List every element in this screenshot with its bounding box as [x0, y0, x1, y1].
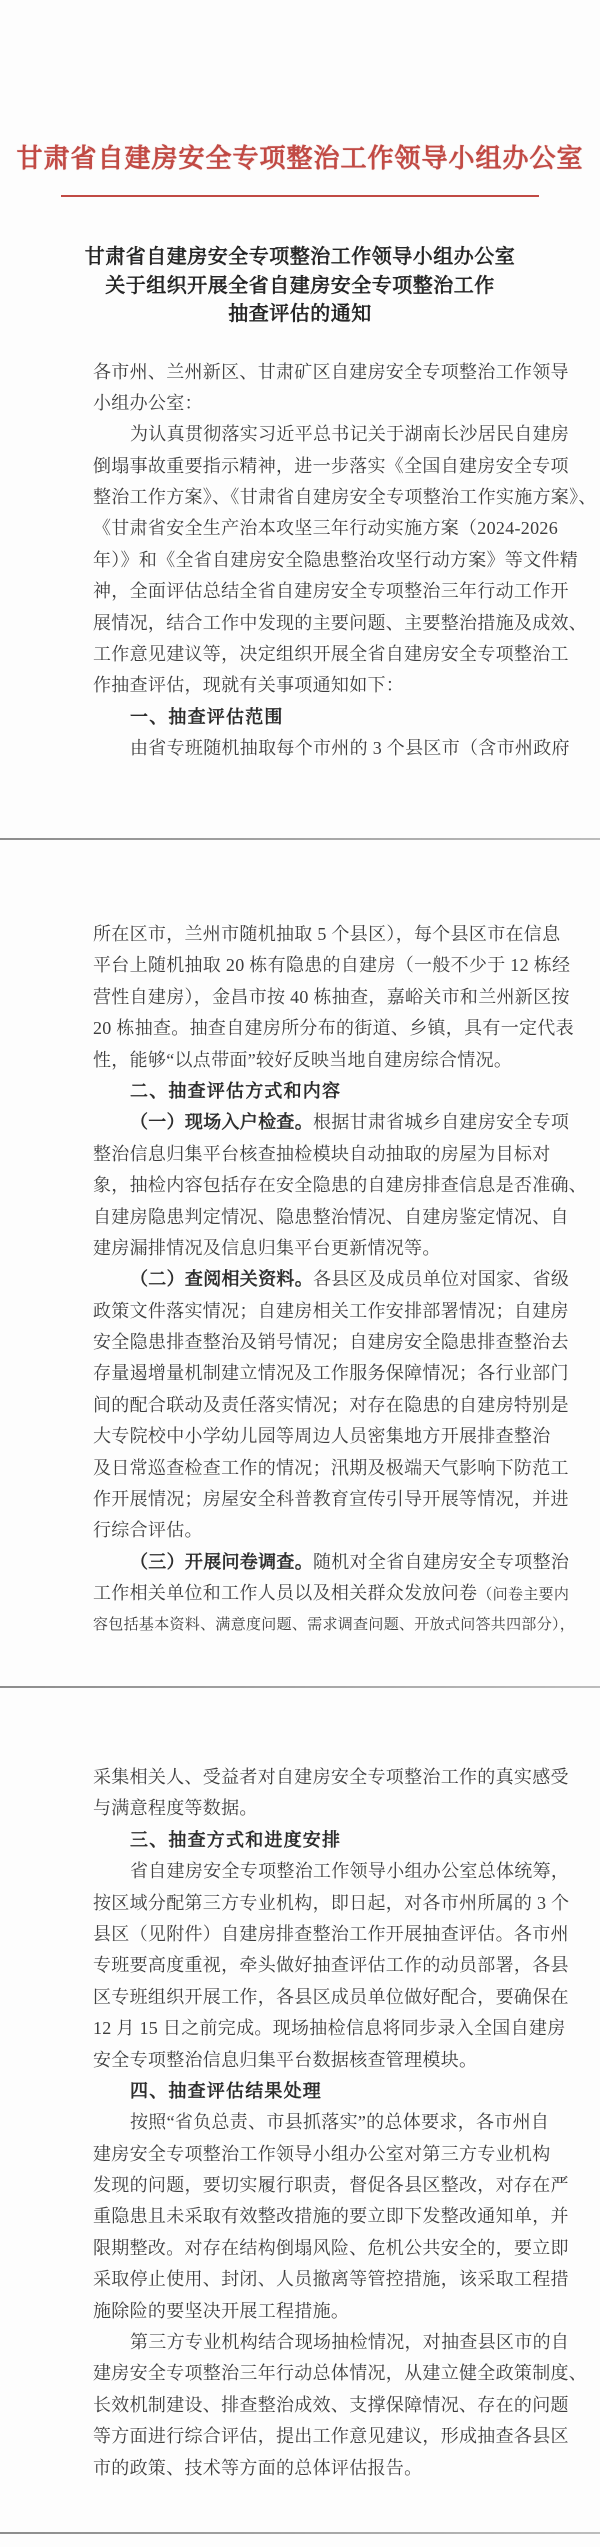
line-text: 12 月 15 日之前完成。现场抽检信息将同步录入全国自建房: [93, 2018, 566, 2038]
text-line: 由省专班随机抽取每个市州的 3 个县区市（含市州政府: [93, 733, 554, 764]
text-line: 性，能够“以点带面”较好反映当地自建房综合情况。: [93, 1045, 554, 1076]
page-3: 采集相关人、受益者对自建房安全专项整治工作的真实感受与满意程度等数据。三、抽查方…: [0, 1688, 600, 2532]
letterhead-title: 甘肃省自建房安全专项整治工作领导小组办公室: [0, 0, 600, 174]
scanned-document: 甘肃省自建房安全专项整治工作领导小组办公室 甘肃省自建房安全专项整治工作领导小组…: [0, 0, 600, 2547]
line-text: 小组办公室：: [93, 393, 203, 413]
section-heading: 一、抽查评估范围: [93, 702, 554, 733]
text-line: 政策文件落实情况；自建房相关工作安排部署情况；自建房: [93, 1296, 554, 1327]
section-heading: 三、抽查方式和进度安排: [93, 1825, 554, 1856]
text-line: 存量遏增量机制建立情况及工作服务保障情况；各行业部门: [93, 1358, 554, 1389]
text-line: 平台上随机抽取 20 栋有隐患的自建房（一般不少于 12 栋经: [93, 950, 554, 981]
line-text: 平台上随机抽取 20 栋有隐患的自建房（一般不少于 12 栋经: [93, 955, 570, 975]
line-text: 大专院校中小学幼儿园等周边人员密集地方开展排查整治: [93, 1426, 551, 1446]
line-text: 及日常巡查检查工作的情况；汛期及极端天气影响下防范工: [93, 1458, 569, 1478]
line-text: 随机对全省自建房安全专项整治: [313, 1552, 569, 1572]
line-text: 神，全面评估总结全省自建房安全专项整治三年行动工作开: [93, 581, 569, 601]
line-text: 建房安全专项整治三年行动总体情况，从建立健全政策制度、: [93, 2363, 587, 2383]
text-line: 安全隐患排查整治及销号情况；自建房安全隐患排查整治去: [93, 1327, 554, 1358]
line-text: 政策文件落实情况；自建房相关工作安排部署情况；自建房: [93, 1301, 569, 1321]
line-text: 为认真贯彻落实习近平总书记关于湖南长沙居民自建房: [130, 424, 569, 444]
bold-lead-text: （二）查阅相关资料。: [130, 1269, 313, 1289]
text-line: （一）现场入户检查。根据甘肃省城乡自建房安全专项: [93, 1107, 554, 1138]
line-text: 建房漏排情况及信息归集平台更新情况等。: [93, 1238, 441, 1258]
line-text: 专班要高度重视，牵头做好抽查评估工作的动员部署，各县: [93, 1955, 569, 1975]
text-line: 工作相关单位和工作人员以及相关群众发放问卷（问卷主要内: [93, 1578, 554, 1609]
text-line: 自建房隐患判定情况、隐患整治情况、自建房鉴定情况、自: [93, 1202, 554, 1233]
line-text: 各市州、兰州新区、甘肃矿区自建房安全专项整治工作领导: [93, 362, 569, 382]
text-line: 建房漏排情况及信息归集平台更新情况等。: [93, 1233, 554, 1264]
line-text: 作开展情况；房屋安全科普教育宣传引导开展等情况，并进: [93, 1489, 569, 1509]
line-text: 施除险的要坚决开展工程措施。: [93, 2301, 349, 2321]
text-line: 等方面进行综合评估，提出工作意见建议，形成抽查各县区: [93, 2421, 554, 2452]
text-line: 营性自建房），金昌市按 40 栋抽查，嘉峪关市和兰州新区按: [93, 982, 554, 1013]
line-text: 倒塌事故重要指示精神，进一步落实《全国自建房安全专项: [93, 456, 569, 476]
text-line: 长效机制建设、排查整治成效、支撑保障情况、存在的问题: [93, 2390, 554, 2421]
line-text: 等方面进行综合评估，提出工作意见建议，形成抽查各县区: [93, 2426, 569, 2446]
text-line: 工作意见建议等，决定组织开展全省自建房安全专项整治工: [93, 639, 554, 670]
text-line: 县区（见附件）自建房排查整治工作开展抽查评估。各市州: [93, 1919, 554, 1950]
line-text: 建房安全专项整治工作领导小组办公室对第三方专业机构: [93, 2144, 551, 2164]
document-title: 甘肃省自建房安全专项整治工作领导小组办公室 关于组织开展全省自建房安全专项整治工…: [0, 243, 600, 329]
line-text: 所在区市，兰州市随机抽取 5 个县区），每个县区市在信息: [93, 924, 560, 944]
line-text: 各县区及成员单位对国家、省级: [313, 1269, 569, 1289]
line-text: 根据甘肃省城乡自建房安全专项: [313, 1112, 569, 1132]
line-text: 按照“省负总责、市县抓落实”的总体要求，各市州自: [130, 2112, 549, 2132]
text-line: 大专院校中小学幼儿园等周边人员密集地方开展排查整治: [93, 1421, 554, 1452]
text-line: 倒塌事故重要指示精神，进一步落实《全国自建房安全专项: [93, 451, 554, 482]
text-line: 整治工作方案》、《甘肃省自建房安全专项整治工作实施方案》、: [93, 482, 554, 513]
line-text: 市的政策、技术等方面的总体评估报告。: [93, 2458, 422, 2478]
bold-lead-text: （三）开展问卷调查。: [130, 1552, 313, 1572]
text-line: 按照“省负总责、市县抓落实”的总体要求，各市州自: [93, 2107, 554, 2138]
line-text: 重隐患且未采取有效整改措施的要立即下发整改通知单，并: [93, 2206, 569, 2226]
section-heading: 二、抽查评估方式和内容: [93, 1076, 554, 1107]
text-line: 行综合评估。: [93, 1515, 554, 1546]
line-text: 二、抽查评估方式和内容: [130, 1081, 341, 1101]
line-text: 存量遏增量机制建立情况及工作服务保障情况；各行业部门: [93, 1363, 569, 1383]
text-line: 容包括基本资料、满意度问题、需求调查问题、开放式问答共四部分），: [93, 1610, 554, 1641]
line-text: 年）》和《全省自建房安全隐患整治攻坚行动方案》等文件精: [93, 550, 578, 570]
line-text: 整治工作方案》、《甘肃省自建房安全专项整治工作实施方案》、: [93, 487, 597, 507]
text-line: （二）查阅相关资料。各县区及成员单位对国家、省级: [93, 1264, 554, 1295]
line-text: 区专班组织开展工作，各县区成员单位做好配合，要确保在: [93, 1987, 569, 2007]
text-line: 所在区市，兰州市随机抽取 5 个县区），每个县区市在信息: [93, 919, 554, 950]
text-line: 象，抽检内容包括存在安全隐患的自建房排查信息是否准确、: [93, 1170, 554, 1201]
line-text: 采取停止使用、封闭、人员撤离等管控措施，该采取工程措: [93, 2269, 569, 2289]
text-line: 整治信息归集平台核查抽检模块自动抽取的房屋为目标对: [93, 1139, 554, 1170]
text-line: 建房安全专项整治三年行动总体情况，从建立健全政策制度、: [93, 2358, 554, 2389]
text-line: 安全专项整治信息归集平台数据核查管理模块。: [93, 2045, 554, 2076]
line-text: 工作相关单位和工作人员以及相关群众发放问卷: [93, 1583, 477, 1603]
text-line: 及日常巡查检查工作的情况；汛期及极端天气影响下防范工: [93, 1453, 554, 1484]
section-heading: 四、抽查评估结果处理: [93, 2076, 554, 2107]
text-line: 神，全面评估总结全省自建房安全专项整治三年行动工作开: [93, 576, 554, 607]
text-line: 各市州、兰州新区、甘肃矿区自建房安全专项整治工作领导: [93, 357, 554, 388]
line-text: 长效机制建设、排查整治成效、支撑保障情况、存在的问题: [93, 2395, 569, 2415]
line-text-small: （问卷主要内: [477, 1587, 569, 1603]
text-line: 作开展情况；房屋安全科普教育宣传引导开展等情况，并进: [93, 1484, 554, 1515]
line-text: 作抽查评估，现就有关事项通知如下：: [93, 675, 404, 695]
line-text: 安全隐患排查整治及销号情况；自建房安全隐患排查整治去: [93, 1332, 569, 1352]
page-2: 所在区市，兰州市随机抽取 5 个县区），每个县区市在信息平台上随机抽取 20 栋…: [0, 840, 600, 1686]
line-text: 限期整改。对存在结构倒塌风险、危机公共安全的，要立即: [93, 2238, 569, 2258]
text-line: 专班要高度重视，牵头做好抽查评估工作的动员部署，各县: [93, 1950, 554, 1981]
text-line: 为认真贯彻落实习近平总书记关于湖南长沙居民自建房: [93, 419, 554, 450]
line-text: 三、抽查方式和进度安排: [130, 1830, 341, 1850]
text-line: 20 栋抽查。抽查自建房所分布的街道、乡镇，具有一定代表: [93, 1013, 554, 1044]
line-text: 省自建房安全专项整治工作领导小组办公室总体统筹，: [130, 1861, 569, 1881]
bold-lead-text: （一）现场入户检查。: [130, 1112, 313, 1132]
text-line: 省自建房安全专项整治工作领导小组办公室总体统筹，: [93, 1856, 554, 1887]
letterhead-rule: [61, 195, 539, 197]
line-text: 工作意见建议等，决定组织开展全省自建房安全专项整治工: [93, 644, 569, 664]
text-line: 采取停止使用、封闭、人员撤离等管控措施，该采取工程措: [93, 2264, 554, 2295]
document-title-line: 甘肃省自建房安全专项整治工作领导小组办公室: [0, 243, 600, 272]
line-text: 与满意程度等数据。: [93, 1798, 258, 1818]
line-text: 安全专项整治信息归集平台数据核查管理模块。: [93, 2050, 477, 2070]
text-line: 年）》和《全省自建房安全隐患整治攻坚行动方案》等文件精: [93, 545, 554, 576]
document-title-line: 关于组织开展全省自建房安全专项整治工作: [0, 272, 600, 301]
page-3-body: 采集相关人、受益者对自建房安全专项整治工作的真实感受与满意程度等数据。三、抽查方…: [0, 1688, 600, 2484]
text-line: 发现的问题，要切实履行职责，督促各县区整改，对存在严: [93, 2170, 554, 2201]
text-line: 限期整改。对存在结构倒塌风险、危机公共安全的，要立即: [93, 2233, 554, 2264]
text-line: 区专班组织开展工作，各县区成员单位做好配合，要确保在: [93, 1982, 554, 2013]
line-text: 由省专班随机抽取每个市州的 3 个县区市（含市州政府: [130, 738, 570, 758]
text-line: 间的配合联动及责任落实情况；对存在隐患的自建房特别是: [93, 1390, 554, 1421]
line-text: 容包括基本资料、满意度问题、需求调查问题、开放式问答共四部分），: [93, 1617, 575, 1633]
text-line: 与满意程度等数据。: [93, 1793, 554, 1824]
line-text: 自建房隐患判定情况、隐患整治情况、自建房鉴定情况、自: [93, 1207, 569, 1227]
line-text: 象，抽检内容包括存在安全隐患的自建房排查信息是否准确、: [93, 1175, 587, 1195]
text-line: 小组办公室：: [93, 388, 554, 419]
line-text: 20 栋抽查。抽查自建房所分布的街道、乡镇，具有一定代表: [93, 1018, 574, 1038]
page-1-body: 各市州、兰州新区、甘肃矿区自建房安全专项整治工作领导小组办公室：为认真贯彻落实习…: [0, 329, 600, 765]
text-line: 作抽查评估，现就有关事项通知如下：: [93, 670, 554, 701]
document-title-line: 抽查评估的通知: [0, 300, 600, 329]
page-4: [0, 2534, 600, 2547]
line-text: 《甘肃省安全生产治本攻坚三年行动实施方案（2024-2026: [93, 518, 558, 538]
line-text: 整治信息归集平台核查抽检模块自动抽取的房屋为目标对: [93, 1144, 551, 1164]
line-text: 发现的问题，要切实履行职责，督促各县区整改，对存在严: [93, 2175, 569, 2195]
text-line: 施除险的要坚决开展工程措施。: [93, 2296, 554, 2327]
text-line: 按区域分配第三方专业机构，即日起，对各市州所属的 3 个: [93, 1888, 554, 1919]
line-text: 县区（见附件）自建房排查整治工作开展抽查评估。各市州: [93, 1924, 569, 1944]
line-text: 行综合评估。: [93, 1520, 203, 1540]
line-text: 性，能够“以点带面”较好反映当地自建房综合情况。: [93, 1050, 512, 1070]
text-line: 建房安全专项整治工作领导小组办公室对第三方专业机构: [93, 2139, 554, 2170]
text-line: 采集相关人、受益者对自建房安全专项整治工作的真实感受: [93, 1762, 554, 1793]
line-text: 采集相关人、受益者对自建房安全专项整治工作的真实感受: [93, 1767, 569, 1787]
line-text: 营性自建房），金昌市按 40 栋抽查，嘉峪关市和兰州新区按: [93, 987, 570, 1007]
line-text: 间的配合联动及责任落实情况；对存在隐患的自建房特别是: [93, 1395, 569, 1415]
text-line: 12 月 15 日之前完成。现场抽检信息将同步录入全国自建房: [93, 2013, 554, 2044]
text-line: 重隐患且未采取有效整改措施的要立即下发整改通知单，并: [93, 2201, 554, 2232]
text-line: 《甘肃省安全生产治本攻坚三年行动实施方案（2024-2026: [93, 513, 554, 544]
line-text: 一、抽查评估范围: [130, 707, 284, 727]
page-2-body: 所在区市，兰州市随机抽取 5 个县区），每个县区市在信息平台上随机抽取 20 栋…: [0, 840, 600, 1641]
text-line: （三）开展问卷调查。随机对全省自建房安全专项整治: [93, 1547, 554, 1578]
line-text: 四、抽查评估结果处理: [130, 2081, 322, 2101]
line-text: 第三方专业机构结合现场抽检情况，对抽查县区市的自: [130, 2332, 569, 2352]
text-line: 市的政策、技术等方面的总体评估报告。: [93, 2453, 554, 2484]
text-line: 第三方专业机构结合现场抽检情况，对抽查县区市的自: [93, 2327, 554, 2358]
line-text: 展情况，结合工作中发现的主要问题、主要整治措施及成效、: [93, 613, 587, 633]
line-text: 按区域分配第三方专业机构，即日起，对各市州所属的 3 个: [93, 1893, 569, 1913]
text-line: 展情况，结合工作中发现的主要问题、主要整治措施及成效、: [93, 608, 554, 639]
page-1: 甘肃省自建房安全专项整治工作领导小组办公室 甘肃省自建房安全专项整治工作领导小组…: [0, 0, 600, 838]
